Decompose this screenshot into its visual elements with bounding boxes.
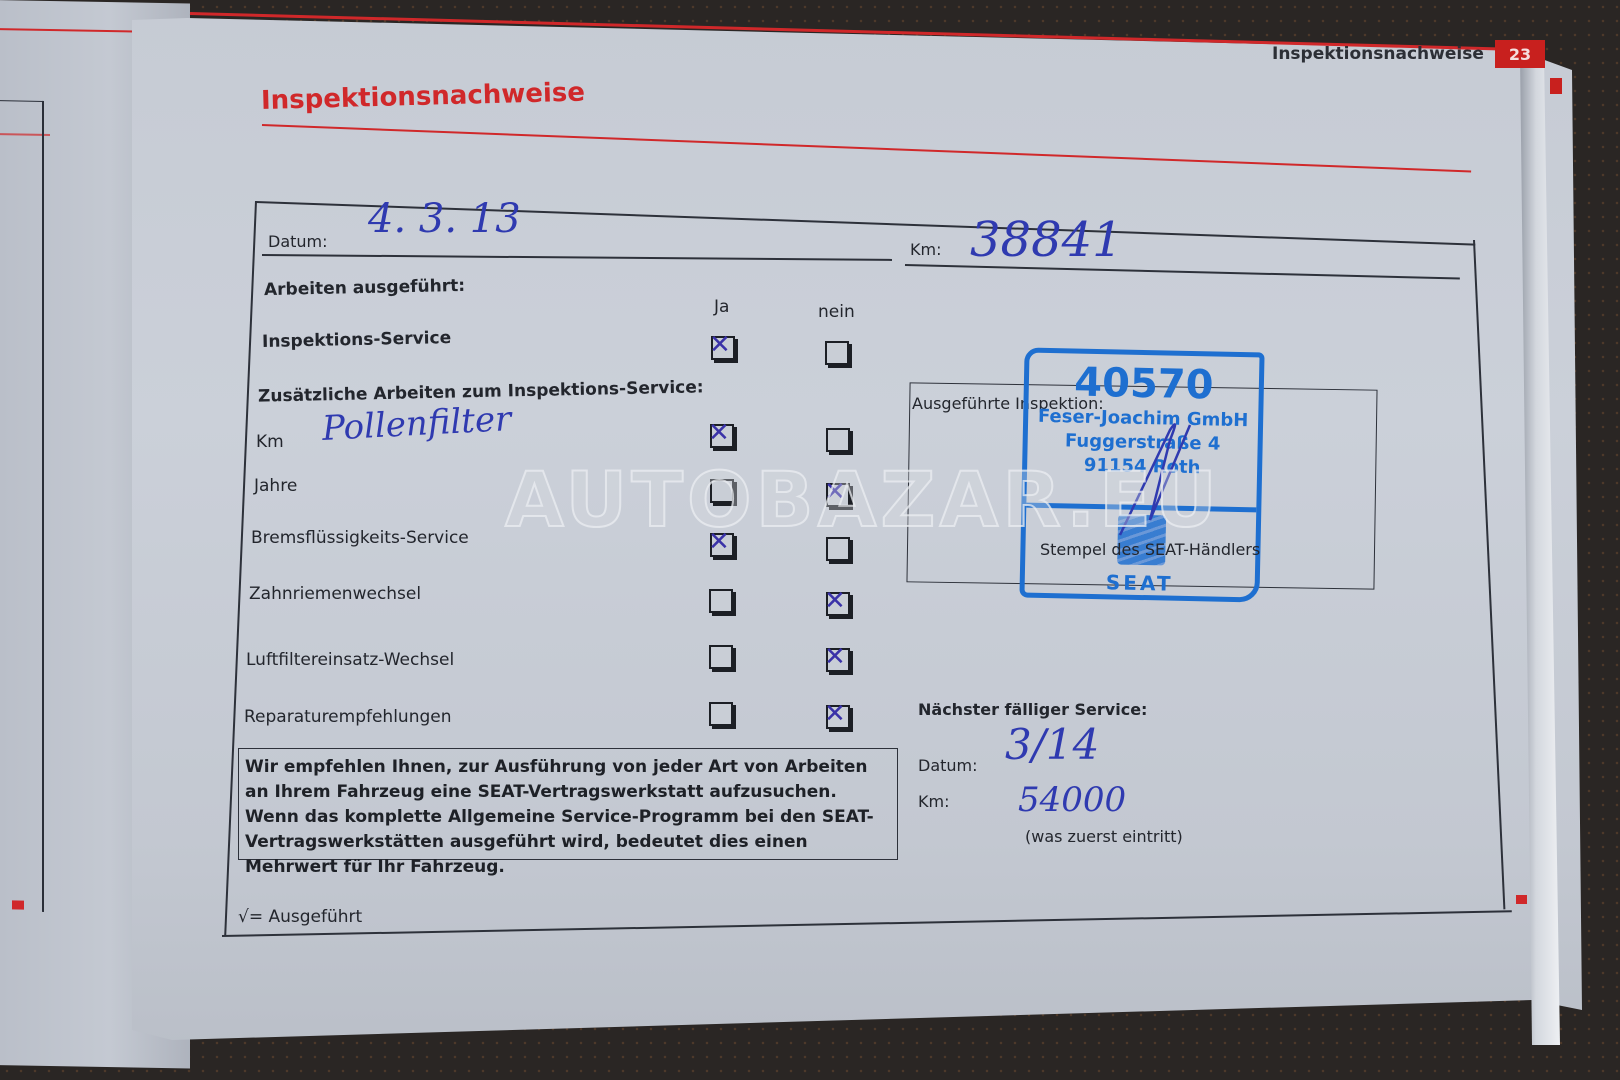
service-row-no-checkbox[interactable] — [826, 428, 850, 452]
service-row-label: Bremsflüssigkeits-Service — [251, 528, 469, 548]
inspection-service-yes-checkbox[interactable]: ✕ — [711, 336, 735, 360]
page-end-marker — [1516, 895, 1527, 904]
service-row-label: Luftfiltereinsatz-Wechsel — [246, 650, 454, 670]
dealer-number: 40570 — [1028, 359, 1259, 410]
stamp-brand: SEAT — [1025, 569, 1255, 598]
page-number: 23 — [1495, 40, 1545, 68]
service-row-yes-checkbox[interactable] — [709, 645, 733, 669]
next-service-heading: Nächster fälliger Service: — [918, 700, 1147, 719]
service-row-no-checkbox[interactable]: ✕ — [826, 592, 850, 616]
service-row-label: Zahnriemenwechsel — [249, 584, 421, 604]
left-page-frame — [0, 100, 44, 912]
next-service-km-label: Km: — [918, 792, 949, 811]
next-service-date-value[interactable]: 3/14 — [1005, 720, 1099, 769]
next-service-date-label: Datum: — [918, 756, 978, 775]
inspection-service-no-checkbox[interactable] — [825, 341, 849, 365]
date-label: Datum: — [268, 232, 328, 251]
service-row-label: Reparaturempfehlungen — [244, 707, 452, 727]
column-no-header: nein — [818, 302, 855, 322]
next-service-note: (was zuerst eintritt) — [1025, 827, 1183, 846]
recommendation-notice: Wir empfehlen Ihnen, zur Ausführung von … — [238, 748, 898, 860]
check-mark-icon: ✕ — [824, 701, 846, 727]
running-header: Inspektionsnachweise — [1272, 44, 1484, 64]
service-row-label: Km — [256, 432, 284, 452]
check-mark-icon: ✕ — [824, 588, 846, 614]
service-row-yes-checkbox[interactable]: ✕ — [710, 424, 734, 448]
service-row-yes-checkbox[interactable] — [709, 589, 733, 613]
page-tab-marker — [1550, 78, 1562, 94]
km-label: Km: — [910, 240, 941, 259]
service-row-no-checkbox[interactable]: ✕ — [826, 705, 850, 729]
legend-text: √= Ausgeführt — [238, 907, 362, 927]
date-value[interactable]: 4. 3. 13 — [368, 196, 521, 242]
check-mark-icon: ✕ — [709, 332, 731, 358]
column-yes-header: Ja — [714, 297, 729, 317]
next-service-km-value[interactable]: 54000 — [1018, 780, 1126, 820]
service-row-no-checkbox[interactable]: ✕ — [826, 648, 850, 672]
watermark: AUTOBAZAR.EU — [505, 455, 1221, 544]
inspection-service-label: Inspektions-Service — [262, 328, 452, 352]
service-row-label: Jahre — [254, 476, 297, 496]
service-row-yes-checkbox[interactable] — [709, 702, 733, 726]
km-value[interactable]: 38841 — [970, 212, 1123, 268]
check-mark-icon: ✕ — [824, 644, 846, 670]
work-done-heading: Arbeiten ausgeführt: — [264, 276, 465, 300]
left-page-end-marker — [12, 900, 24, 909]
check-mark-icon: ✕ — [708, 420, 730, 446]
